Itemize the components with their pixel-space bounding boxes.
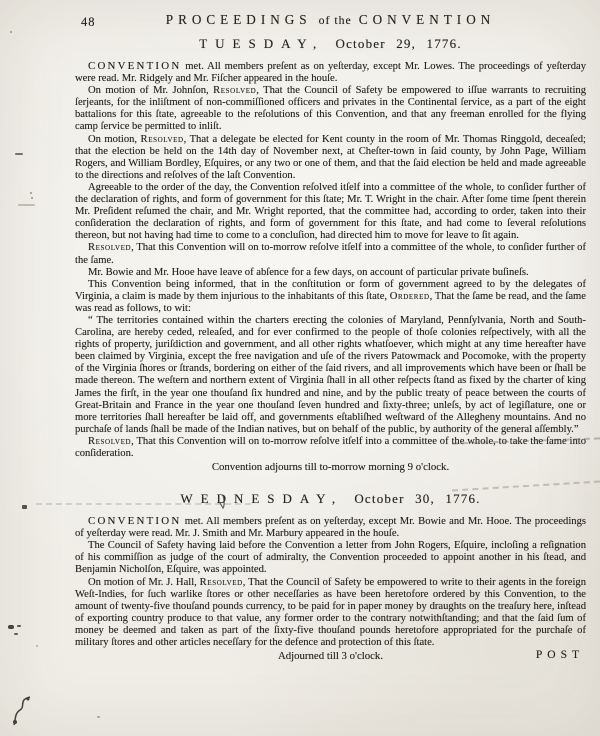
adjournment-text: Adjourned till 3 o'clock.: [75, 650, 586, 663]
emphasized-word: Resolved: [88, 436, 131, 447]
margin-specks: [30, 192, 32, 194]
paragraph: Resolved, That this Convention will on t…: [75, 436, 586, 460]
emphasized-word: Resolved: [141, 134, 184, 145]
session-body-tuesday: CONVENTION met. All members preſent as o…: [75, 60, 586, 460]
ink-blot: [8, 625, 14, 629]
scanned-document-page: 48 PROCEEDINGSof theCONVENTION TUESDAY, …: [0, 0, 600, 736]
text-run: Mr. Bowie and Mr. Hooe have leave of abſ…: [88, 267, 529, 278]
heading-day: TUESDAY,: [199, 36, 324, 51]
text-column: 48 PROCEEDINGSof theCONVENTION TUESDAY, …: [75, 12, 586, 663]
emphasized-word: CONVENTION: [88, 515, 181, 527]
scan-speck: [36, 645, 38, 647]
paragraph: CONVENTION met. All members preſent as o…: [75, 60, 586, 85]
text-run: Agreeable to the order of the day, the C…: [75, 182, 586, 241]
margin-pen-dash: [15, 153, 23, 155]
heading-day: WEDNESDAY,: [180, 491, 343, 506]
page-number: 48: [81, 15, 96, 30]
emphasized-word: Resolved: [200, 577, 243, 588]
session-body-wednesday: CONVENTION met. All members preſent as o…: [75, 515, 586, 649]
catchword: POST: [536, 649, 584, 661]
session-tuesday: TUESDAY, October 29, 1776. CONVENTION me…: [75, 36, 586, 474]
text-run: On motion of Mr. Johnſon,: [88, 85, 213, 96]
paragraph: Resolved, That this Convention will on t…: [75, 242, 586, 266]
running-title: PROCEEDINGSof theCONVENTION: [75, 12, 586, 28]
emphasized-word: Resolved: [213, 85, 256, 96]
paragraph: On motion of Mr. Johnſon, Resolved, That…: [75, 85, 586, 133]
text-run: The Council of Safety having laid before…: [75, 540, 586, 575]
paragraph: Agreeable to the order of the day, the C…: [75, 182, 586, 242]
pen-squiggle: [8, 694, 38, 730]
margin-ink-dot: [22, 505, 27, 509]
scan-speck: [97, 716, 100, 718]
running-title-word2: CONVENTION: [359, 12, 495, 27]
text-run: On motion,: [88, 134, 141, 145]
paragraph: The Council of Safety having laid before…: [75, 540, 586, 576]
running-title-mid: of the: [319, 13, 352, 27]
session-wednesday: WEDNESDAY, October 30, 1776. CONVENTION …: [75, 491, 586, 663]
adjournment-text: Convention adjourns till to-morrow morni…: [75, 461, 586, 474]
text-run: , That this Convention will on to-morrow…: [75, 242, 586, 265]
paragraph: “ The territories contained within the c…: [75, 315, 586, 436]
paragraph: CONVENTION met. All members preſent as o…: [75, 515, 586, 540]
text-run: “ The territories contained within the c…: [75, 315, 586, 435]
emphasized-word: Ordered: [390, 291, 430, 302]
scan-speck: [10, 31, 12, 33]
adjournment-row: Adjourned till 3 o'clock. POST: [75, 650, 586, 663]
paragraph: On motion of Mr. J. Hall, Resolved, That…: [75, 577, 586, 650]
heading-date: October 29, 1776.: [336, 36, 462, 51]
paragraph: Mr. Bowie and Mr. Hooe have leave of abſ…: [75, 267, 586, 279]
margin-pen-dash: [18, 204, 35, 206]
session-heading-wednesday: WEDNESDAY, October 30, 1776.: [75, 491, 586, 507]
running-title-word1: PROCEEDINGS: [166, 12, 312, 27]
masthead: 48 PROCEEDINGSof theCONVENTION: [75, 12, 586, 28]
adjournment-row: Convention adjourns till to-morrow morni…: [75, 461, 586, 474]
paragraph: This Convention being informed, that in …: [75, 279, 586, 315]
text-run: , That this Convention will on to-morrow…: [75, 436, 586, 459]
text-run: On motion of Mr. J. Hall,: [88, 577, 200, 588]
paragraph: On motion, Resolved, That a delegate be …: [75, 134, 586, 182]
emphasized-word: CONVENTION: [88, 60, 181, 72]
emphasized-word: Resolved: [88, 242, 131, 253]
heading-date: October 30, 1776.: [354, 491, 480, 506]
session-heading-tuesday: TUESDAY, October 29, 1776.: [75, 36, 586, 52]
